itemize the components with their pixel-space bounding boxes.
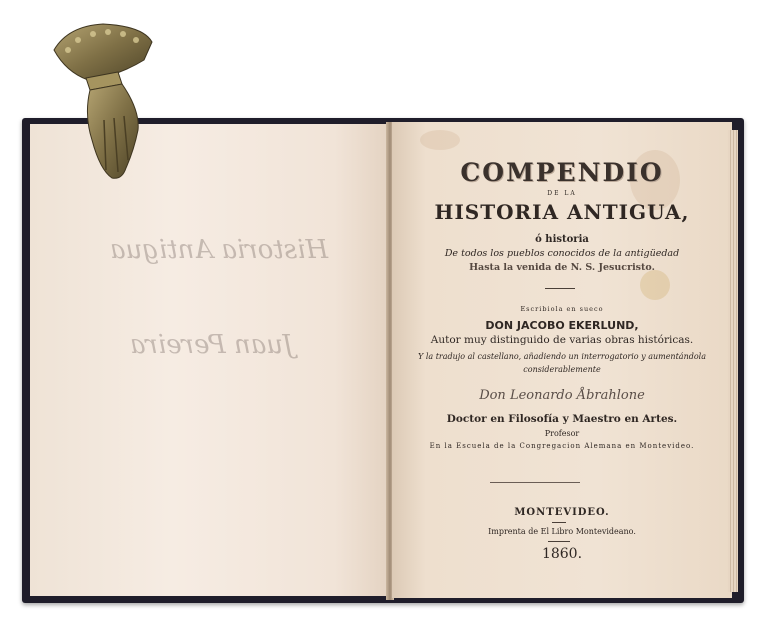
imprint-city: MONTEVIDEO. bbox=[392, 507, 732, 518]
escribiola-line: Escribiola en sueco bbox=[392, 305, 732, 313]
foxing-stain bbox=[420, 130, 460, 150]
handwritten-signature: Don Leonardo Åbrahlone bbox=[392, 388, 732, 403]
divider-rule bbox=[490, 482, 580, 483]
book-photo: Historia Antigua Juan Pereira COMPENDIO … bbox=[0, 0, 770, 630]
title-o-historia: ó historia bbox=[392, 234, 732, 245]
translator-title: Doctor en Filosofía y Maestro en Artes. bbox=[392, 413, 732, 425]
divider-rule bbox=[552, 522, 566, 523]
translation-line-2: considerablemente bbox=[392, 365, 732, 374]
brass-hand-clip-icon bbox=[48, 20, 158, 185]
title-hasta: Hasta la venida de N. S. Jesucristo. bbox=[392, 262, 732, 273]
imprint-year: 1860. bbox=[392, 546, 732, 562]
title-de-todos: De todos los pueblos conocidos de la ant… bbox=[392, 248, 732, 259]
title-de-la: DE LA bbox=[392, 190, 732, 197]
bleed-through-text: Juan Pereira bbox=[130, 330, 293, 360]
author-description: Autor muy distinguido de varias obras hi… bbox=[392, 334, 732, 346]
translation-line: Y la tradujo al castellano, añadiendo un… bbox=[392, 352, 732, 361]
imprint-printer: Imprenta de El Libro Montevideano. bbox=[392, 527, 732, 536]
foxing-stain bbox=[640, 270, 670, 300]
school-line: En la Escuela de la Congregacion Alemana… bbox=[392, 442, 732, 450]
divider-rule bbox=[548, 541, 570, 542]
divider-rule bbox=[545, 288, 575, 289]
title-historia-antigua: HISTORIA ANTIGUA, bbox=[392, 200, 732, 224]
bleed-through-text: Historia Antigua bbox=[110, 235, 328, 265]
profesor-line: Profesor bbox=[392, 429, 732, 438]
author-name: DON JACOBO EKERLUND, bbox=[392, 319, 732, 332]
left-page bbox=[30, 124, 388, 596]
title-compendio: COMPENDIO bbox=[392, 158, 732, 187]
